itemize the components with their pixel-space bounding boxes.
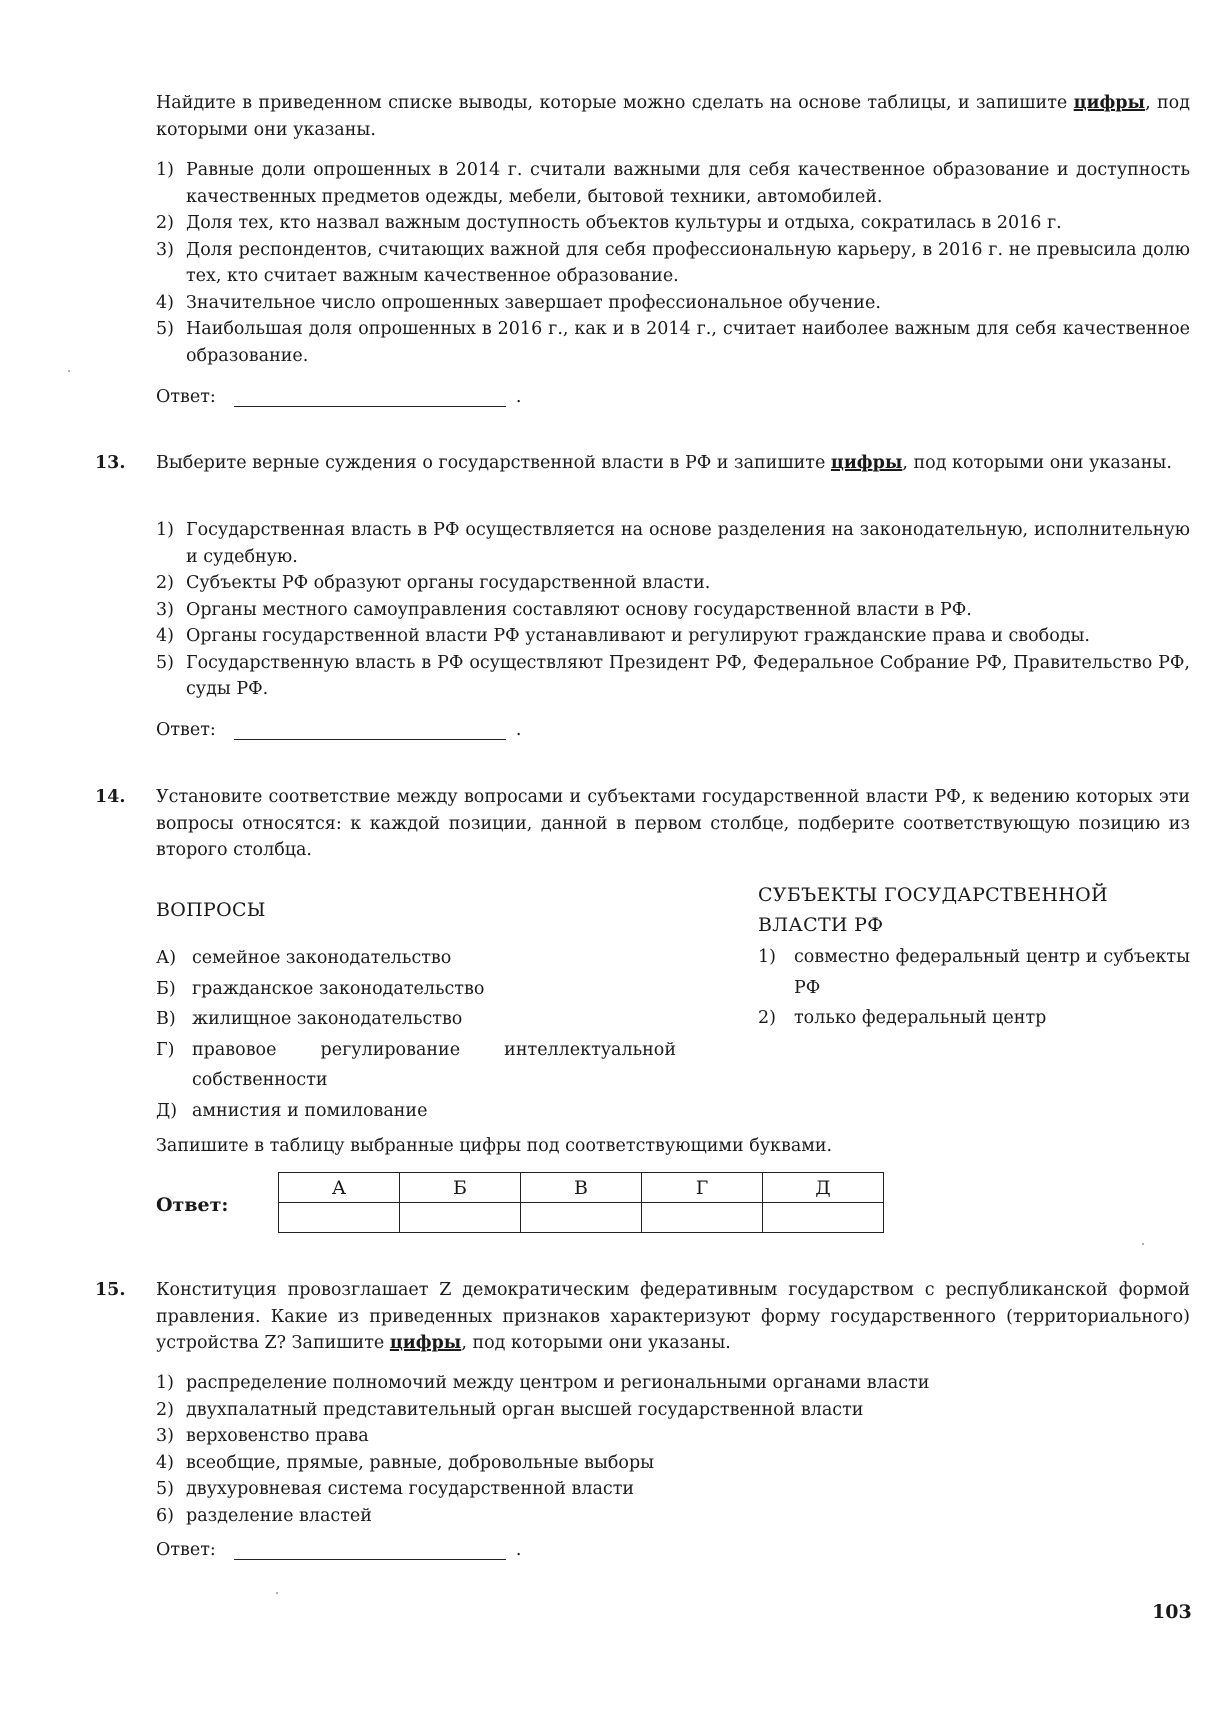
q13-option: 3)Органы местного самоуправления составл… (156, 597, 1190, 624)
answer-table-cell[interactable] (763, 1203, 884, 1233)
option-number: 3) (156, 237, 174, 264)
option-text: Наибольшая доля опрошенных в 2016 г., ка… (186, 319, 1190, 366)
q12-answer-field[interactable] (234, 386, 506, 407)
option-text: гражданское законодательство (192, 979, 484, 999)
option-number: 1) (156, 517, 174, 544)
option-number: Г) (156, 1035, 174, 1066)
answer-table-cell[interactable] (279, 1203, 400, 1233)
scan-speck (276, 1592, 278, 1594)
scan-speck (68, 370, 70, 372)
option-number: 5) (156, 316, 174, 343)
q14-question-item: А)семейное законодательство (156, 943, 676, 974)
option-text: распределение полномочий между центром и… (186, 1373, 929, 1393)
q15-answer-label: Ответ: (156, 1540, 216, 1560)
q15-option: 5)двухуровневая система государственной … (156, 1476, 1190, 1503)
q14-subjects-column: СУБЪЕКТЫ ГОСУДАРСТВЕННОЙ ВЛАСТИ РФ 1)сов… (758, 880, 1190, 1034)
option-text: Равные доли опрошенных в 2014 г. считали… (186, 160, 1190, 207)
q13-keyword: цифры (831, 453, 902, 473)
option-number: 6) (156, 1503, 174, 1530)
option-number: 5) (156, 1476, 174, 1503)
q12-option: 3)Доля респондентов, считающих важной дл… (156, 237, 1190, 290)
option-text: Органы местного самоуправления составляю… (186, 600, 972, 620)
option-number: 2) (758, 1003, 776, 1034)
q14-number: 14. (95, 784, 125, 811)
q15-instruction: Конституция провозглашает Z демократичес… (156, 1277, 1190, 1357)
q14-answer-label: Ответ: (156, 1194, 228, 1216)
option-text: Государственная власть в РФ осуществляет… (186, 520, 1190, 567)
option-number: 1) (156, 157, 174, 184)
option-text: верховенство права (186, 1426, 369, 1446)
q14-questions-list: А)семейное законодательствоБ)гражданское… (156, 943, 676, 1126)
option-text: Органы государственной власти РФ устанав… (186, 626, 1090, 646)
answer-table-letter: Г (642, 1173, 763, 1203)
q13-option: 1)Государственная власть в РФ осуществля… (156, 517, 1190, 570)
q13-answer: Ответ: . (156, 719, 521, 740)
option-number: 2) (156, 570, 174, 597)
option-number: Б) (156, 974, 176, 1005)
option-text: правовое регулирование интеллектуальной … (192, 1040, 676, 1091)
option-number: 4) (156, 1450, 174, 1477)
q12-option: 2)Доля тех, кто назвал важным доступност… (156, 210, 1190, 237)
option-text: Субъекты РФ образуют органы государствен… (186, 573, 710, 593)
q15-answer: Ответ: . (156, 1539, 521, 1560)
q14-subjects-list: 1)совместно федеральный центр и субъекты… (758, 942, 1190, 1034)
answer-table-value-row (279, 1203, 884, 1233)
option-text: Государственную власть в РФ осуществляют… (186, 653, 1190, 700)
q15-option: 6)разделение властей (156, 1503, 1190, 1530)
q12-answer-label: Ответ: (156, 387, 216, 407)
q12-option: 5)Наибольшая доля опрошенных в 2016 г., … (156, 316, 1190, 369)
option-number: А) (156, 943, 176, 974)
q14-right-heading: СУБЪЕКТЫ ГОСУДАРСТВЕННОЙ ВЛАСТИ РФ (758, 880, 1190, 940)
answer-table-header-row: АБВГД (279, 1173, 884, 1203)
q13-option: 2)Субъекты РФ образуют органы государств… (156, 570, 1190, 597)
option-number: 2) (156, 210, 174, 237)
option-number: 2) (156, 1397, 174, 1424)
answer-table-cell[interactable] (642, 1203, 763, 1233)
option-text: только федеральный центр (794, 1008, 1046, 1028)
q12-option: 1)Равные доли опрошенных в 2014 г. счита… (156, 157, 1190, 210)
q14-subject-item: 2)только федеральный центр (758, 1003, 1190, 1034)
answer-table-letter: В (521, 1173, 642, 1203)
option-text: всеобщие, прямые, равные, добровольные в… (186, 1453, 654, 1473)
q14-table-instruction: Запишите в таблицу выбранные цифры под с… (156, 1133, 1190, 1160)
option-number: 1) (758, 942, 776, 973)
q14-subject-item: 1)совместно федеральный центр и субъекты… (758, 942, 1190, 1003)
q14-instruction: Установите соответствие между вопросами … (156, 784, 1190, 864)
q13-options-list: 1)Государственная власть в РФ осуществля… (156, 517, 1190, 703)
q15-option: 4)всеобщие, прямые, равные, добровольные… (156, 1450, 1190, 1477)
q14-questions-column: ВОПРОСЫ А)семейное законодательствоБ)гра… (156, 895, 676, 1126)
q14-question-item: Б)гражданское законодательство (156, 974, 676, 1005)
q15-option: 1)распределение полномочий между центром… (156, 1370, 1190, 1397)
option-text: Доля респондентов, считающих важной для … (186, 240, 1190, 287)
option-text: Доля тех, кто назвал важным доступность … (186, 213, 1062, 233)
option-text: совместно федеральный центр и субъекты Р… (794, 947, 1190, 998)
page-number: 103 (1152, 1601, 1192, 1623)
q13-answer-label: Ответ: (156, 720, 216, 740)
option-number: 1) (156, 1370, 174, 1397)
q13-option: 5)Государственную власть в РФ осуществля… (156, 650, 1190, 703)
q15-keyword: цифры (390, 1333, 461, 1353)
option-text: двухуровневая система государственной вл… (186, 1479, 634, 1499)
answer-table-cell[interactable] (521, 1203, 642, 1233)
q15-option: 2)двухпалатный представительный орган вы… (156, 1397, 1190, 1424)
option-text: семейное законодательство (192, 948, 451, 968)
option-number: Д) (156, 1096, 177, 1127)
option-text: двухпалатный представительный орган высш… (186, 1400, 863, 1420)
answer-table-cell[interactable] (400, 1203, 521, 1233)
option-number: 3) (156, 1423, 174, 1450)
scan-speck (1142, 1243, 1144, 1245)
q15-answer-field[interactable] (234, 1539, 506, 1560)
option-text: амнистия и помилование (192, 1101, 427, 1121)
q15-number: 15. (95, 1277, 125, 1304)
q12-option: 4)Значительное число опрошенных завершае… (156, 290, 1190, 317)
answer-table-letter: А (279, 1173, 400, 1203)
q15-option: 3)верховенство права (156, 1423, 1190, 1450)
option-text: Значительное число опрошенных завершает … (186, 293, 881, 313)
q13-answer-field[interactable] (234, 719, 506, 740)
q13-number: 13. (95, 450, 125, 477)
q15-options-list: 1)распределение полномочий между центром… (156, 1370, 1190, 1529)
answer-table-letter: Б (400, 1173, 521, 1203)
q14-left-heading: ВОПРОСЫ (156, 895, 676, 925)
option-text: разделение властей (186, 1506, 372, 1526)
q14-question-item: Д)амнистия и помилование (156, 1096, 676, 1127)
answer-table-letter: Д (763, 1173, 884, 1203)
q12-keyword: цифры (1074, 93, 1145, 113)
q14-answer-table: АБВГД (278, 1172, 884, 1233)
option-number: 4) (156, 623, 174, 650)
option-number: 3) (156, 597, 174, 624)
q12-options-list: 1)Равные доли опрошенных в 2014 г. счита… (156, 157, 1190, 369)
option-number: 4) (156, 290, 174, 317)
option-number: В) (156, 1004, 176, 1035)
q12-instruction: Найдите в приведенном списке выводы, кот… (156, 90, 1190, 143)
textbook-page: Найдите в приведенном списке выводы, кот… (0, 0, 1216, 1712)
q13-option: 4)Органы государственной власти РФ устан… (156, 623, 1190, 650)
option-text: жилищное законодательство (192, 1009, 462, 1029)
option-number: 5) (156, 650, 174, 677)
q14-question-item: В)жилищное законодательство (156, 1004, 676, 1035)
q13-instruction: Выберите верные суждения о государственн… (156, 450, 1190, 477)
q14-question-item: Г)правовое регулирование интеллектуально… (156, 1035, 676, 1096)
q12-answer: Ответ: . (156, 386, 521, 407)
